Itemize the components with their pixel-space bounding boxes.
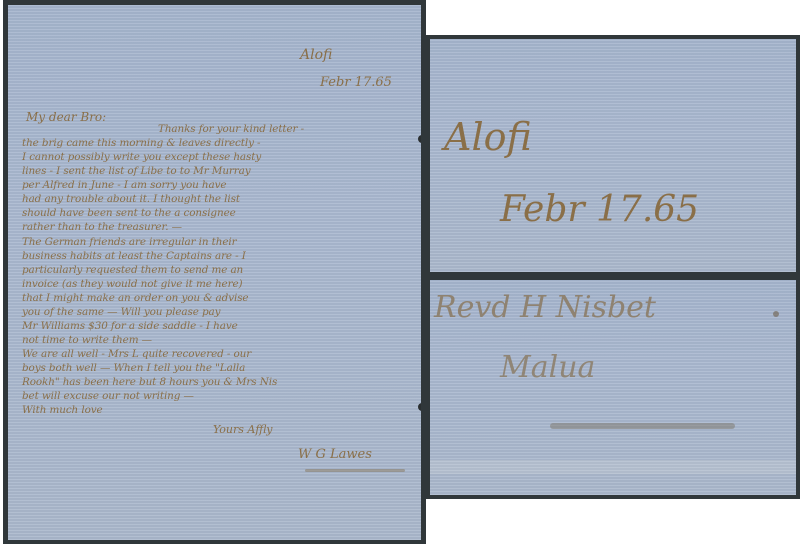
address-underline [550, 423, 735, 429]
letter-body-line: Mr Williams $30 for a side saddle - I ha… [22, 320, 238, 332]
letter-body-line: invoice (as they would not give it me he… [22, 278, 242, 290]
signature-underline [305, 469, 405, 472]
letter-body-line: you of the same — Will you please pay [22, 306, 220, 318]
detail-place-date: Alofi Febr 17.65 [426, 35, 800, 276]
letter-closing: Yours Affly [213, 423, 272, 436]
letter-body-line: had any trouble about it. I thought the … [22, 193, 240, 205]
detail-place: Alofi [444, 115, 532, 159]
letter-body-line: per Alfred in June - I am sorry you have [22, 179, 226, 191]
detail-date: Febr 17.65 [500, 189, 699, 230]
paper-fold [430, 460, 796, 474]
ink-spot [773, 311, 779, 317]
letter-place: Alofi [300, 47, 332, 63]
letter-date: Febr 17.65 [320, 75, 392, 90]
letter-body-line: not time to write them — [22, 334, 152, 346]
letter-body-line: business habits at least the Captains ar… [22, 250, 246, 262]
letter-body-line: The German friends are irregular in thei… [22, 236, 236, 248]
letter-body-line: boys both well — When I tell you the "La… [22, 362, 245, 374]
letter-body-line: particularly requested them to send me a… [22, 264, 243, 276]
letter-body-line: lines - I sent the list of Libe to to Mr… [22, 165, 251, 177]
letter-body-line: that I might make an order on you & advi… [22, 292, 248, 304]
letter-salutation: My dear Bro: [26, 110, 106, 124]
detail-location: Malua [500, 350, 595, 385]
detail-addressee: Revd H Nisbet [434, 290, 656, 325]
letter-body-line: should have been sent to the a consignee [22, 207, 236, 219]
detail-address: Revd H Nisbet Malua [426, 276, 800, 499]
letter-body-line: Rookh" has been here but 8 hours you & M… [22, 376, 277, 388]
letter-body-line: rather than to the treasurer. — [22, 221, 182, 233]
letter-page: Alofi Febr 17.65 My dear Bro: Thanks for… [3, 0, 426, 544]
letter-body-line: bet will excuse our not writing — [22, 390, 194, 402]
letter-body-line: With much love [22, 404, 103, 416]
letter-body-line: the brig came this morning & leaves dire… [22, 137, 260, 149]
edge-notch [418, 135, 426, 143]
letter-body-line: I cannot possibly write you except these… [22, 151, 261, 163]
letter-body-line: We are all well - Mrs L quite recovered … [22, 348, 251, 360]
edge-notch [418, 403, 426, 411]
letter-signature: W G Lawes [298, 447, 372, 462]
letter-body-line: Thanks for your kind letter - [158, 123, 304, 135]
